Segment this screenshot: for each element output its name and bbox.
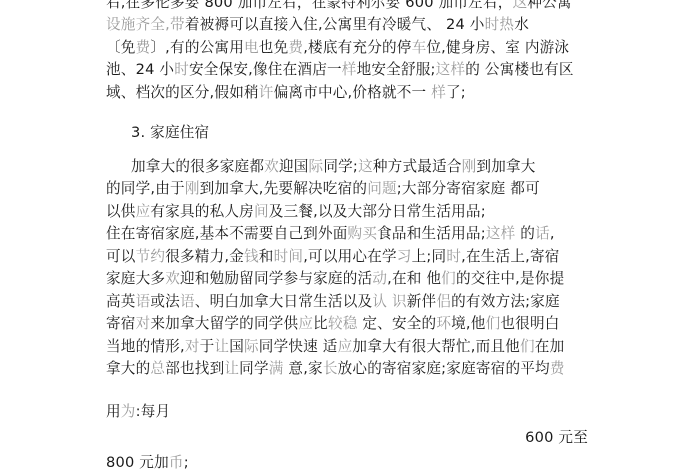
text-run: 的交往中,是你提 xyxy=(456,270,564,287)
text-run: ,在和 他 xyxy=(387,270,441,287)
text-run: , xyxy=(550,225,555,242)
text-run: 安全保安,像住在酒店一 xyxy=(189,61,342,78)
text-run: 有家具的私人房 xyxy=(150,203,254,220)
converted-text-run: 们 xyxy=(520,338,535,355)
text-run: 定、安全的 xyxy=(358,315,437,332)
converted-text-run: 习 xyxy=(397,248,412,265)
converted-text-run: 时 xyxy=(446,248,461,265)
converted-text-run: 样 xyxy=(431,84,446,101)
converted-text-run: 总 xyxy=(150,360,165,377)
converted-text-run: 这 xyxy=(513,0,528,11)
converted-text-run: 让 xyxy=(224,360,239,377)
text-line: 寄宿对来加拿大留学的同学供应比较稳 定、安全的环境,他们也很明白 xyxy=(106,314,588,334)
converted-text-run: 应 xyxy=(136,203,151,220)
converted-text-run: 电 xyxy=(244,39,259,56)
text-run: 加拿大有很大帮忙,而且他 xyxy=(352,338,520,355)
text-run: 水 xyxy=(514,16,529,33)
text-line: 用为:每月 xyxy=(106,402,588,422)
text-run: 可以 xyxy=(106,248,136,265)
converted-text-run: 们 xyxy=(486,315,501,332)
text-run: 于 xyxy=(200,338,215,355)
text-run: 同学; xyxy=(323,158,358,175)
text-run: 同学快速 适 xyxy=(259,338,338,355)
converted-text-run: 话 xyxy=(535,225,550,242)
converted-text-run: 钱 xyxy=(244,248,259,265)
converted-text-run: 欢 xyxy=(165,270,180,287)
text-run: 加拿大的很多家庭都 xyxy=(131,158,264,175)
text-run: 到加拿大 xyxy=(476,158,535,175)
section-heading: 3. 家庭住宿 xyxy=(131,123,613,143)
converted-text-run: 费 xyxy=(550,360,565,377)
converted-text-run: 际 xyxy=(309,158,324,175)
text-run: ,楼底有充分的停 xyxy=(303,39,411,56)
text-run: 了; xyxy=(446,84,466,101)
converted-text-run: 欢 xyxy=(264,158,279,175)
text-run: 、明白加拿大日常生活以及 xyxy=(195,293,373,310)
converted-text-run: 间 xyxy=(254,203,269,220)
text-run: :每月 xyxy=(136,403,171,420)
converted-text-run: 费 xyxy=(288,39,303,56)
converted-text-run: 们 xyxy=(441,270,456,287)
text-run: 拿大的 xyxy=(106,360,150,377)
converted-text-run: 对 xyxy=(136,315,151,332)
text-line: 可以节约很多精力,金钱和时间,可以用心在学习上;同时,在生活上,寄宿 xyxy=(106,247,588,267)
converted-text-run: 费 xyxy=(136,39,151,56)
converted-text-run: 较稳 xyxy=(328,315,358,332)
converted-text-run: 这 xyxy=(358,158,373,175)
text-run: 的有效方法;家庭 xyxy=(451,293,560,310)
text-line: 域、档次的区分,假如稍许偏离市中心,价格就不一 样了; xyxy=(106,83,588,103)
text-run: 部也找到 xyxy=(165,360,224,377)
converted-text-run: 环 xyxy=(436,315,451,332)
text-line: 设施齐全,带着被褥可以直接入住,公寓里有冷暖气、 24 小时热水 xyxy=(106,15,588,35)
text-run: 也免 xyxy=(259,39,289,56)
text-run: 的 xyxy=(515,225,535,242)
text-run: 着被褥可以直接入住,公寓里有冷暖气、 24 小 xyxy=(185,16,485,33)
text-run: 右,在多伦多要 800 加币左右，在蒙特利尔要 600 加币左右， xyxy=(106,0,513,11)
converted-text-run: 购买 xyxy=(348,225,378,242)
text-run: 〕,有的公寓用 xyxy=(150,39,244,56)
text-run: 的同学,由于 xyxy=(106,180,185,197)
text-run: 高英 xyxy=(106,293,136,310)
text-line: 拿大的总部也找到让同学满 意,家长放心的寄宿家庭;家庭寄宿的平均费 xyxy=(106,359,588,379)
text-run: 家庭大多 xyxy=(106,270,165,287)
converted-text-run: 时热 xyxy=(485,16,515,33)
converted-text-run: 刚 xyxy=(185,180,200,197)
converted-text-run: 时间 xyxy=(274,248,304,265)
text-run: 上;同 xyxy=(412,248,447,265)
text-run: ,可以用心在学 xyxy=(303,248,397,265)
text-run: 种方式最适合 xyxy=(373,158,462,175)
price-range-end: 800 元加币; xyxy=(106,453,588,470)
text-run: 在加 xyxy=(535,338,565,355)
text-run: 域、档次的区分,假如稍 xyxy=(106,84,259,101)
text-run: 和 xyxy=(259,248,274,265)
converted-text-run: 应 xyxy=(298,315,313,332)
text-line: 〔免费〕,有的公寓用电也免费,楼底有充分的停车位,健身房、室 内游泳 xyxy=(106,38,588,58)
text-run: 当地的情形, xyxy=(106,338,185,355)
converted-text-run: 这样 xyxy=(436,61,466,78)
text-run: 以供 xyxy=(106,203,136,220)
converted-text-run: 样 xyxy=(342,61,357,78)
text-run: 寄宿 xyxy=(106,315,136,332)
document-page: 右,在多伦多要 800 加币左右，在蒙特利尔要 600 加币左右，这种公寓设施齐… xyxy=(0,0,700,470)
converted-text-run: 这样 xyxy=(486,225,516,242)
converted-text-run: 认 识 xyxy=(372,293,406,310)
text-run: ;大部分寄宿家庭 都可 xyxy=(397,180,540,197)
converted-text-run: 带 xyxy=(170,16,185,33)
text-run: 食品和生活用品; xyxy=(377,225,486,242)
text-run: 的 公寓楼也有区 xyxy=(465,61,573,78)
text-run: 及三餐,以及大部分日常生活用品; xyxy=(269,203,486,220)
converted-text-run: 应 xyxy=(338,338,353,355)
converted-text-run: 为 xyxy=(121,403,136,420)
text-run: 地安全舒服; xyxy=(357,61,436,78)
converted-text-run: 让 xyxy=(214,338,229,355)
text-line: 住在寄宿家庭,基本不需要自己到外面购买食品和生活用品;这样 的话, xyxy=(106,224,588,244)
text-run: 位,健身房、室 内游泳 xyxy=(426,39,569,56)
text-run: ,在生活上,寄宿 xyxy=(461,248,559,265)
text-run: 同学 xyxy=(239,360,269,377)
converted-text-run: 对 xyxy=(185,338,200,355)
text-run: 迎和勉励留同学参与家庭的活 xyxy=(180,270,372,287)
price-range-start: 600 元至 xyxy=(525,428,588,448)
text-run: 用 xyxy=(106,403,121,420)
text-run: 来加拿大留学的同学供 xyxy=(150,315,298,332)
converted-text-run: 际 xyxy=(244,338,259,355)
text-line: 池、24 小时安全保安,像住在酒店一样地安全舒服;这样的 公寓楼也有区 xyxy=(106,60,588,80)
text-run: 意,家 xyxy=(284,360,323,377)
converted-text-run: 侣 xyxy=(436,293,451,310)
text-line: 以供应有家具的私人房间及三餐,以及大部分日常生活用品; xyxy=(106,202,588,222)
text-line: 右,在多伦多要 800 加币左右，在蒙特利尔要 600 加币左右，这种公寓 xyxy=(106,0,588,13)
converted-text-run: 语 xyxy=(180,293,195,310)
text-run: 到加拿大,先要解决吃宿的 xyxy=(200,180,368,197)
text-run: 也很明白 xyxy=(500,315,559,332)
text-run: 新伴 xyxy=(407,293,437,310)
text-line: 高英语或法语、明白加拿大日常生活以及认 识新伴侣的有效方法;家庭 xyxy=(106,292,588,312)
converted-text-run: 时 xyxy=(174,61,189,78)
converted-text-run: 问题 xyxy=(367,180,397,197)
text-run: 境,他 xyxy=(451,315,485,332)
text-line: 加拿大的很多家庭都欢迎国际同学;这种方式最适合刚到加拿大 xyxy=(131,157,613,177)
converted-text-run: 满 xyxy=(269,360,284,377)
text-run: 很多精力,金 xyxy=(165,248,244,265)
converted-text-run: 车 xyxy=(412,39,427,56)
text-line: 家庭大多欢迎和勉励留同学参与家庭的活动,在和 他们的交往中,是你提 xyxy=(106,269,588,289)
converted-text-run: 设施齐全, xyxy=(106,16,170,33)
text-run: 种公寓 xyxy=(527,0,571,11)
text-run: 住在寄宿家庭,基本不需要自己到外面 xyxy=(106,225,348,242)
text-line: 的同学,由于刚到加拿大,先要解决吃宿的问题;大部分寄宿家庭 都可 xyxy=(106,179,588,199)
converted-text-run: 刚 xyxy=(462,158,477,175)
text-run: 国 xyxy=(229,338,244,355)
converted-text-run: 长 xyxy=(323,360,338,377)
text-run: 或法 xyxy=(150,293,180,310)
text-run: 偏离市中心,价格就不一 xyxy=(274,84,432,101)
converted-text-run: 语 xyxy=(136,293,151,310)
text-run: 池、24 小 xyxy=(106,61,174,78)
text-line: 当地的情形,对于让国际同学快速 适应加拿大有很大帮忙,而且他们在加 xyxy=(106,337,588,357)
converted-text-run: 节约 xyxy=(136,248,166,265)
text-run: 比 xyxy=(313,315,328,332)
converted-text-run: 动 xyxy=(372,270,387,287)
text-run: 〔免 xyxy=(106,39,136,56)
converted-text-run: 许 xyxy=(259,84,274,101)
text-run: 放心的寄宿家庭;家庭寄宿的平均 xyxy=(338,360,550,377)
text-run: 迎国 xyxy=(279,158,309,175)
